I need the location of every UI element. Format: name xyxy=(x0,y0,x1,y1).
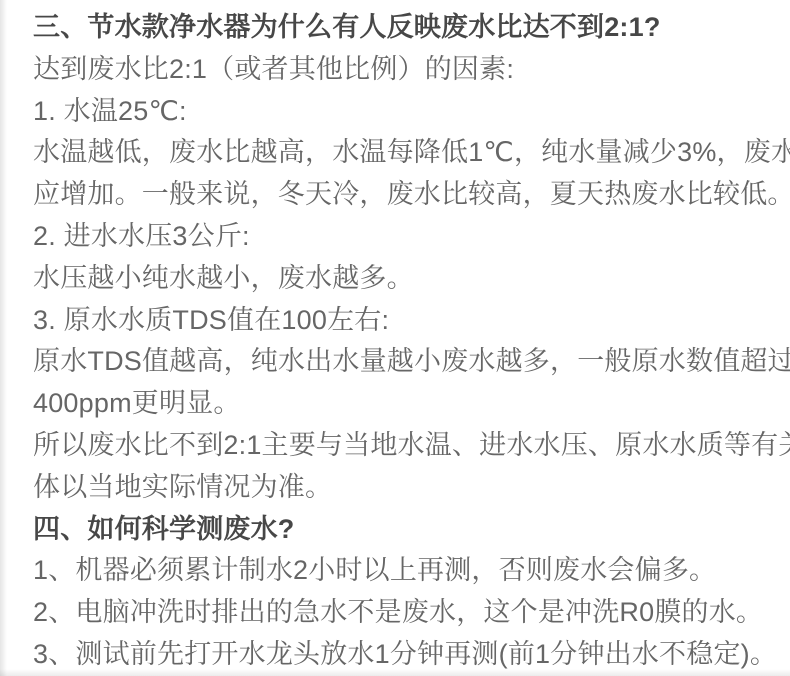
text-line: 应增加。一般来说，冬天冷，废水比较高，夏天热废水比较低。 xyxy=(33,174,772,216)
text-line: 3、测试前先打开水龙头放水1分钟再测(前1分钟出水不稳定)。 xyxy=(33,634,772,676)
text-line: 所以废水比不到2:1主要与当地水温、进水水压、原水水质等有关。具 xyxy=(33,425,772,467)
text-line: 体以当地实际情况为准。 xyxy=(33,467,772,509)
text-line: 400ppm更明显。 xyxy=(33,383,772,425)
text-line: 水温越低，废水比越高，水温每降低1℃，纯水量减少3%，废水量相 xyxy=(33,132,772,174)
text-line: 1、机器必须累计制水2小时以上再测，否则废水会偏多。 xyxy=(33,550,772,592)
text-line: 3. 原水水质TDS值在100左右: xyxy=(33,300,772,342)
text-line: 2. 进水水压3公斤: xyxy=(33,216,772,258)
text-line: 达到废水比2:1（或者其他比例）的因素: xyxy=(33,49,772,91)
page-left-edge-shadow xyxy=(0,0,7,676)
text-line: 1. 水温25℃: xyxy=(33,91,772,133)
faq-document: 三、节水款净水器为什么有人反映废水比达不到2:1? 达到废水比2:1（或者其他比… xyxy=(0,0,790,676)
text-line: 2、电脑冲洗时排出的急水不是废水，这个是冲洗R0膜的水。 xyxy=(33,592,772,634)
section-heading-4: 四、如何科学测废水? xyxy=(33,509,772,551)
text-line: 原水TDS值越高，纯水出水量越小废水越多，一般原水数值超过 xyxy=(33,341,772,383)
text-line: 水压越小纯水越小，废水越多。 xyxy=(33,258,772,300)
section-heading-3: 三、节水款净水器为什么有人反映废水比达不到2:1? xyxy=(33,7,772,49)
